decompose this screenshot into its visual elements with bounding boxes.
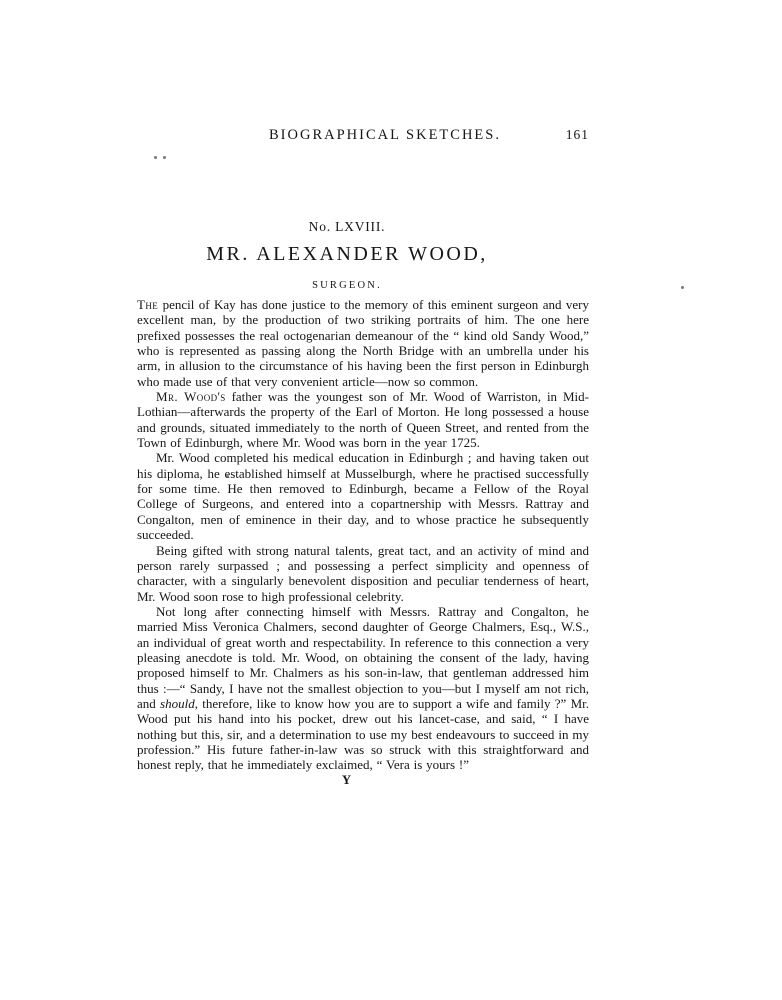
paragraph-segment: should [160, 696, 195, 711]
running-title: BIOGRAPHICAL SKETCHES. [159, 127, 611, 144]
scan-speck [681, 286, 684, 289]
paragraph: Mr. Wood's father was the youngest son o… [137, 389, 589, 450]
paragraph-segment: Mr. Wood completed his medical education… [137, 450, 589, 542]
paragraph-segment: Being gifted with strong natural talents… [137, 543, 589, 604]
article-body: The pencil of Kay has done justice to th… [137, 297, 589, 788]
paragraph-segment: , therefore, like to know how you are to… [137, 696, 589, 772]
page-number: 161 [566, 127, 589, 143]
scan-speck [226, 475, 229, 478]
paragraph: Mr. Wood completed his medical education… [137, 450, 589, 542]
article-number: No. LXVIII. [121, 219, 573, 235]
paragraph-segment: Mr. Wood's [156, 389, 226, 404]
page-header: BIOGRAPHICAL SKETCHES. 161 [137, 127, 589, 145]
article-subtitle: SURGEON. [121, 280, 573, 291]
article-title: MR. ALEXANDER WOOD, [121, 243, 573, 266]
paragraph-segment: The [137, 297, 158, 312]
paragraph: Being gifted with strong natural talents… [137, 543, 589, 604]
paragraph-segment: pencil of Kay has done justice to the me… [137, 297, 589, 389]
paragraph: Not long after connecting himself with M… [137, 604, 589, 773]
signature-mark: Y [121, 773, 573, 788]
paragraph: The pencil of Kay has done justice to th… [137, 297, 589, 389]
scan-speck [163, 156, 166, 159]
paragraph-segment: Not long after connecting himself with M… [137, 604, 589, 711]
scan-speck [154, 156, 157, 159]
book-page: BIOGRAPHICAL SKETCHES. 161 No. LXVIII. M… [0, 0, 782, 1000]
